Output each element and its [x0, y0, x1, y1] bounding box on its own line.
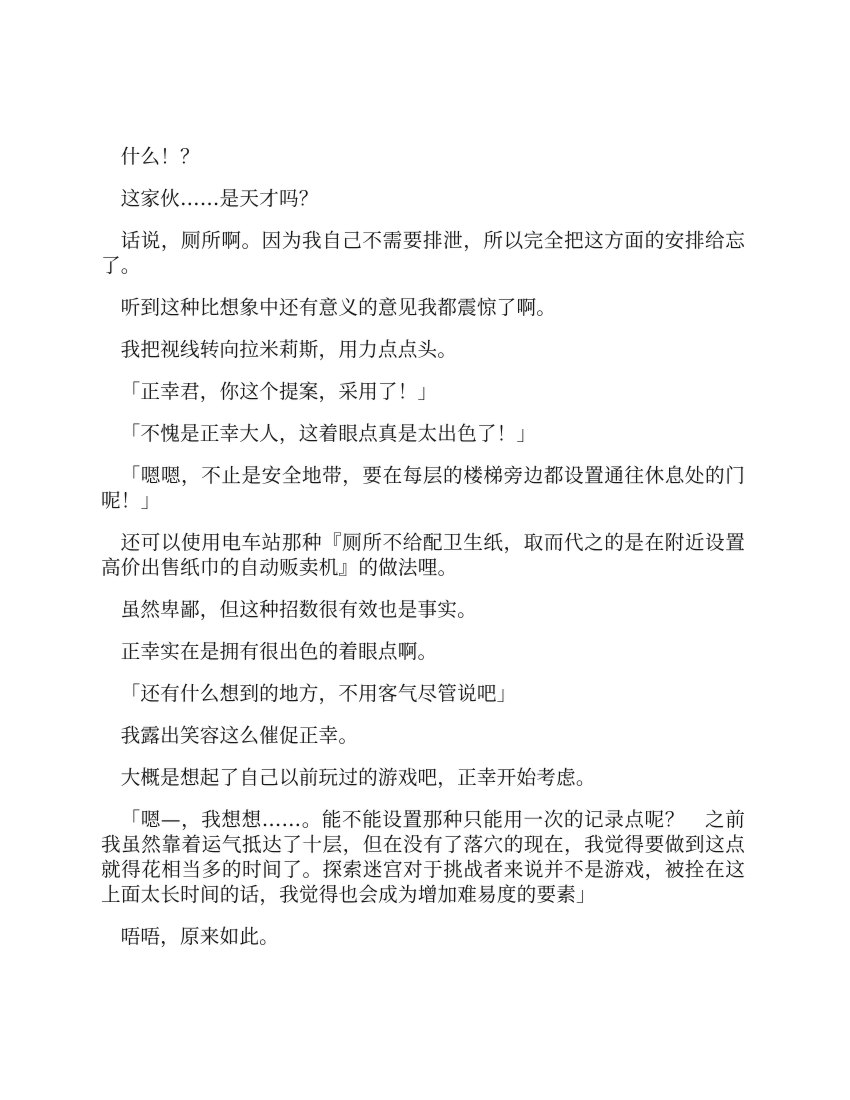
paragraph: 「正幸君，你这个提案，采用了！」 — [101, 379, 745, 404]
paragraph: 这家伙……是天才吗？ — [101, 186, 745, 211]
document-page: 什么！？ 这家伙……是天才吗？ 话说，厕所啊。因为我自己不需要排泄，所以完全把这… — [101, 144, 745, 966]
paragraph: 正幸实在是拥有很出色的着眼点啊。 — [101, 639, 745, 664]
paragraph: 虽然卑鄙，但这种招数很有效也是事实。 — [101, 597, 745, 622]
paragraph: 话说，厕所啊。因为我自己不需要排泄，所以完全把这方面的安排给忘了。 — [101, 228, 745, 278]
paragraph: 听到这种比想象中还有意义的意见我都震惊了啊。 — [101, 295, 745, 320]
paragraph: 大概是想起了自己以前玩过的游戏吧，正幸开始考虑。 — [101, 765, 745, 790]
paragraph: 唔唔，原来如此。 — [101, 924, 745, 949]
paragraph: 我把视线转向拉米莉斯，用力点点头。 — [101, 337, 745, 362]
paragraph: 「还有什么想到的地方，不用客气尽管说吧」 — [101, 681, 745, 706]
paragraph: 什么！？ — [101, 144, 745, 169]
paragraph: 「嗯—，我想想……。能不能设置那种只能用一次的记录点呢？ 之前我虽然靠着运气抵达… — [101, 807, 745, 907]
paragraph: 「不愧是正幸大人，这着眼点真是太出色了！」 — [101, 421, 745, 446]
paragraph: 「嗯嗯，不止是安全地带，要在每层的楼梯旁边都设置通往休息处的门呢！」 — [101, 463, 745, 513]
paragraph: 还可以使用电车站那种『厕所不给配卫生纸，取而代之的是在附近设置高价出售纸巾的自动… — [101, 530, 745, 580]
paragraph: 我露出笑容这么催促正幸。 — [101, 723, 745, 748]
